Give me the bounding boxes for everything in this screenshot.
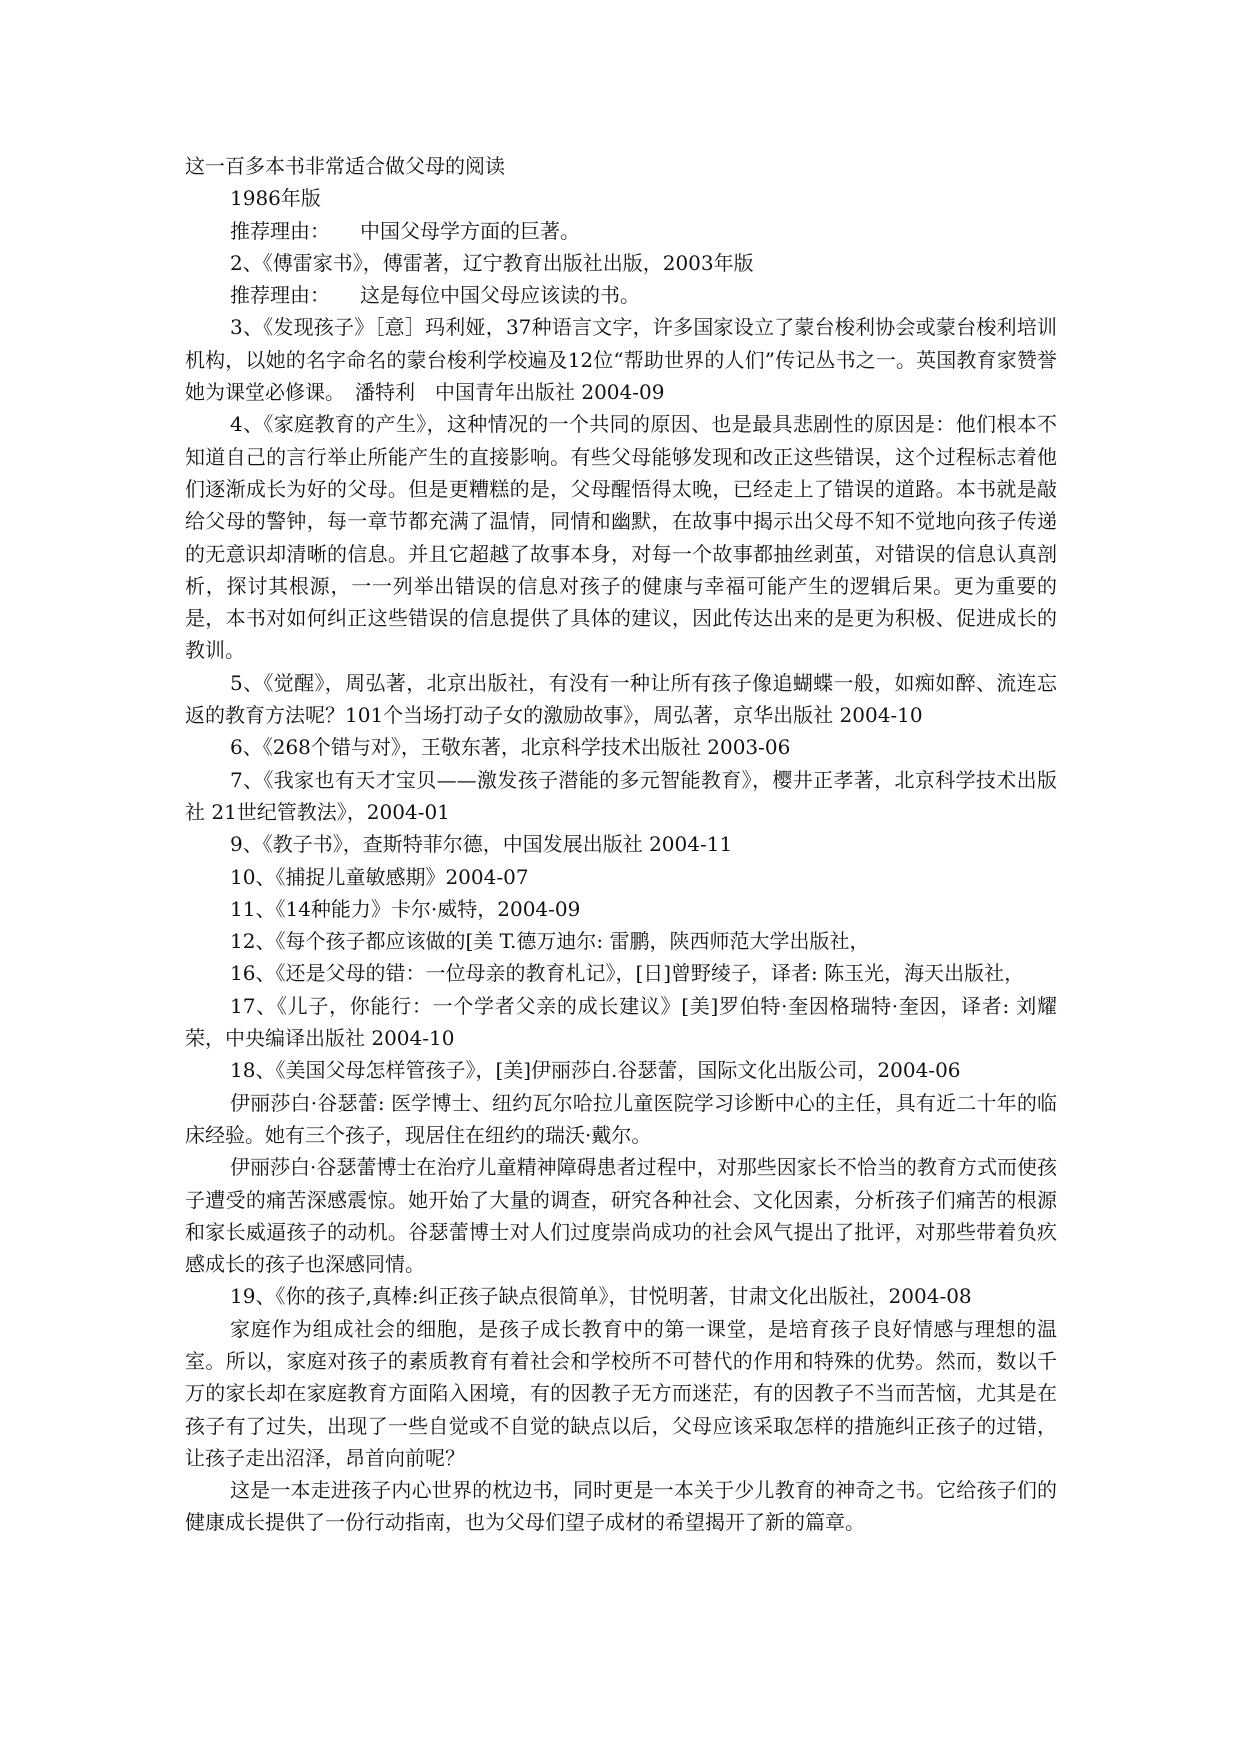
document-title: 这一百多本书非常适合做父母的阅读 — [185, 150, 1057, 182]
paragraph-book-3: 3、《发现孩子》［意］玛利娅，37种语言文字，许多国家设立了蒙台梭利协会或蒙台梭… — [185, 311, 1057, 408]
paragraph-book-17: 17、《儿子，你能行：一个学者父亲的成长建议》[美]罗伯特·奎因格瑞特·奎因，译… — [185, 990, 1057, 1055]
paragraph-edition-1986: 1986年版 — [185, 182, 1057, 214]
paragraph-book-10: 10、《捕捉儿童敏感期》2004-07 — [185, 861, 1057, 893]
paragraph-book-5: 5、《觉醒》，周弘著，北京出版社，有没有一种让所有孩子像追蝴蝶一般，如痴如醉、流… — [185, 667, 1057, 732]
paragraph-book-18: 18、《美国父母怎样管孩子》，[美]伊丽莎白.谷瑟蕾，国际文化出版公司，2004… — [185, 1054, 1057, 1086]
paragraph-book-11: 11、《14种能力》卡尔·威特，2004-09 — [185, 893, 1057, 925]
paragraph-book-2: 2、《傅雷家书》，傅雷著，辽宁教育出版社出版，2003年版 — [185, 247, 1057, 279]
paragraph-book-9: 9、《教子书》，查斯特菲尔德，中国发展出版社 2004-11 — [185, 828, 1057, 860]
paragraph-book-4: 4、《家庭教育的产生》，这种情况的一个共同的原因、也是最具悲剧性的原因是：他们根… — [185, 408, 1057, 666]
paragraph-reason-1: 推荐理由： 中国父母学方面的巨著。 — [185, 215, 1057, 247]
paragraph-book-19: 19、《你的孩子,真棒:纠正孩子缺点很简单》，甘悦明著，甘肃文化出版社，2004… — [185, 1280, 1057, 1312]
paragraph-reason-2: 推荐理由： 这是每位中国父母应该读的书。 — [185, 279, 1057, 311]
paragraph-closing: 这是一本走进孩子内心世界的枕边书，同时更是一本关于少儿教育的神奇之书。它给孩子们… — [185, 1474, 1057, 1539]
paragraph-book-6: 6、《268个错与对》，王敬东著，北京科学技术出版社 2003-06 — [185, 731, 1057, 763]
paragraph-author-research: 伊丽莎白·谷瑟蕾博士在治疗儿童精神障碍患者过程中，对那些因家长不恰当的教育方式而… — [185, 1151, 1057, 1280]
paragraph-family-education: 家庭作为组成社会的细胞，是孩子成长教育中的第一课堂，是培育孩子良好情感与理想的温… — [185, 1313, 1057, 1474]
paragraph-author-bio: 伊丽莎白·谷瑟蕾: 医学博士、纽约瓦尔哈拉儿童医院学习诊断中心的主任，具有近二十… — [185, 1087, 1057, 1152]
paragraph-book-12: 12、《每个孩子都应该做的[美 T.德万迪尔: 雷鹏，陕西师范大学出版社， — [185, 925, 1057, 957]
paragraph-book-7: 7、《我家也有天才宝贝——激发孩子潜能的多元智能教育》，樱井正孝著，北京科学技术… — [185, 764, 1057, 829]
document-page: 这一百多本书非常适合做父母的阅读 1986年版 推荐理由： 中国父母学方面的巨著… — [185, 150, 1057, 1539]
paragraph-book-16: 16、《还是父母的错：一位母亲的教育札记》，[日]曾野绫子，译者: 陈玉光，海天… — [185, 957, 1057, 989]
